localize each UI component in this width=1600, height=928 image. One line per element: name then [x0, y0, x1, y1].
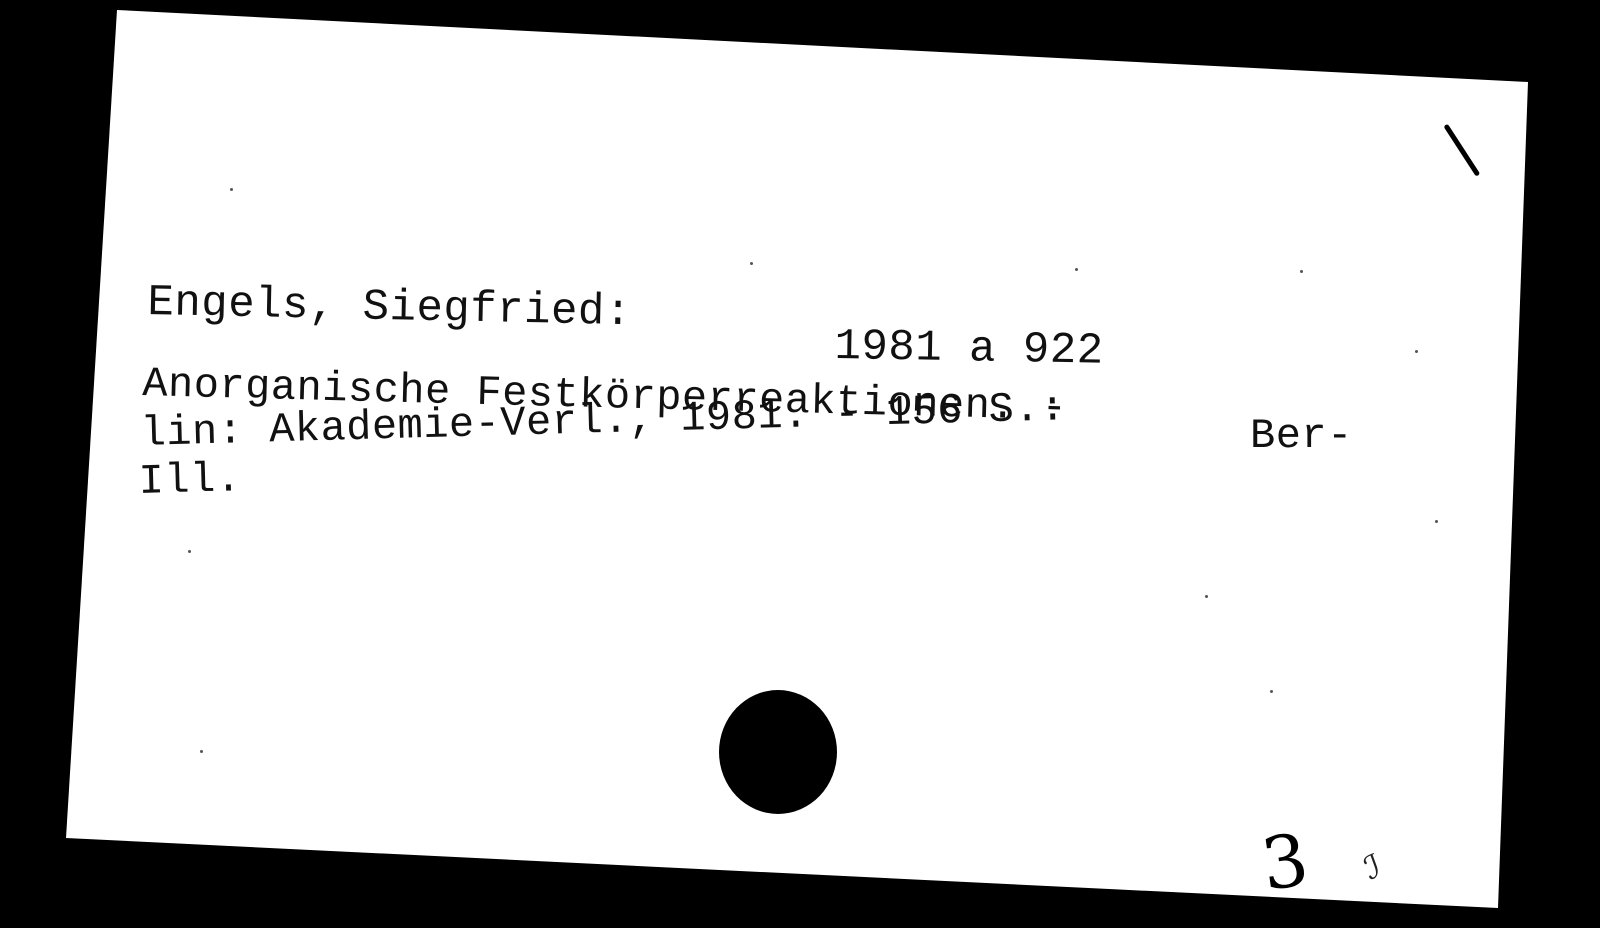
speck — [1435, 520, 1438, 523]
speck — [200, 750, 203, 753]
speck — [1205, 595, 1208, 598]
speck — [1075, 268, 1078, 271]
catalog-card: Engels, Siegfried: 1981 a 922 Anorganisc… — [0, 0, 1600, 928]
speck — [188, 550, 191, 553]
call-number: 1981 a 922 — [834, 322, 1104, 377]
author-heading: Engels, Siegfried: — [147, 278, 632, 338]
speck — [230, 188, 233, 191]
illustrations-line: Ill. — [138, 455, 242, 506]
speck — [1415, 350, 1418, 353]
speck — [1300, 270, 1303, 273]
punch-hole — [719, 690, 837, 814]
speck — [1270, 690, 1273, 693]
speck — [750, 262, 753, 265]
title-line-hyphenation: Ber- — [1250, 412, 1353, 460]
